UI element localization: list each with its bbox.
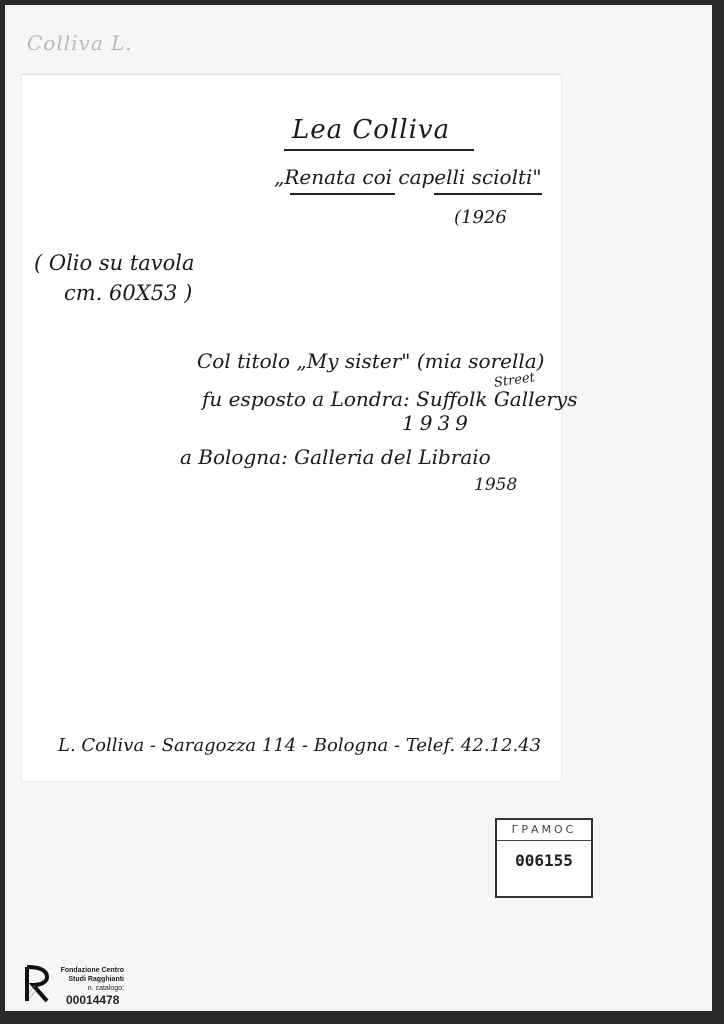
- artist-underline: [284, 149, 474, 151]
- title-underline: [290, 193, 395, 195]
- foundation-logo-icon: [25, 965, 51, 1003]
- artwork-medium: ( Olio su tavola: [34, 251, 195, 275]
- archive-card: Colliva L. Lea Colliva „Renata coi capel…: [5, 5, 712, 1011]
- foundation-name-1: Fondazione Centro: [58, 966, 124, 975]
- exhibition-year-2: 1958: [474, 475, 517, 495]
- owner-address: L. Colliva - Saragozza 114 - Bologna - T…: [58, 735, 541, 756]
- handwritten-paper: Lea Colliva „Renata coi capelli sciolti"…: [22, 74, 561, 781]
- title-underline: [434, 193, 542, 195]
- stamp-header: ГРАМОС: [497, 820, 591, 841]
- catalog-number: 00014478: [66, 993, 124, 1008]
- exhibition-line-2: fu esposto a Londra: Suffolk Gallerys: [202, 387, 577, 411]
- stamp-number: 006155: [497, 851, 591, 870]
- artwork-dimensions: cm. 60X53 ): [64, 281, 192, 305]
- foundation-label: Fondazione Centro Studi Ragghianti n. ca…: [58, 966, 124, 1008]
- foundation-name-2: Studi Ragghianti: [58, 975, 124, 984]
- artist-name: Lea Colliva: [292, 115, 450, 145]
- catalog-label: n. catalogo:: [58, 984, 124, 993]
- exhibition-year-1: 1939: [402, 411, 473, 435]
- artwork-title: „Renata coi capelli sciolti": [274, 165, 542, 189]
- pencil-note: Colliva L.: [27, 31, 133, 55]
- inventory-stamp: ГРАМОС 006155: [495, 818, 593, 898]
- exhibition-line-1: Col titolo „My sister" (mia sorella): [197, 349, 544, 373]
- artwork-year: (1926: [454, 207, 507, 228]
- exhibition-line-3: a Bologna: Galleria del Libraio: [180, 445, 491, 469]
